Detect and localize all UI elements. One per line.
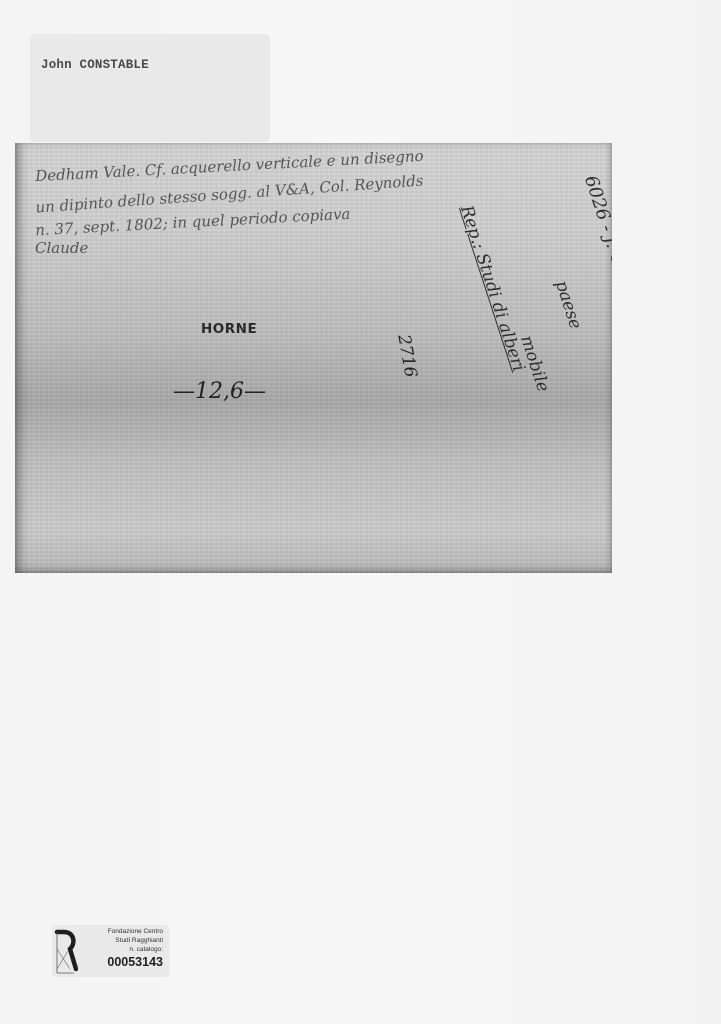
photo-back-card: Dedham Vale. Cf. acquerello verticale e … xyxy=(15,143,612,573)
stamp-foundation-line: Fondazione Centro xyxy=(108,928,163,935)
catalog-stamp: Fondazione Centro Studi Ragghianti n. ca… xyxy=(52,925,169,977)
handwritten-note-line-4: Claude xyxy=(35,239,88,257)
catalog-number: 00053143 xyxy=(107,955,163,969)
collection-mark: HORNE xyxy=(201,321,257,337)
stamp-catalog-label: n. catalogo: xyxy=(129,946,163,953)
artist-label-card: John CONSTABLE xyxy=(30,34,270,142)
artist-name: John CONSTABLE xyxy=(41,58,149,72)
stamp-institute-line: Studi Ragghianti xyxy=(115,937,163,944)
size-mark: —12,6— xyxy=(173,379,266,404)
ragghianti-r-logo-icon xyxy=(54,929,78,975)
